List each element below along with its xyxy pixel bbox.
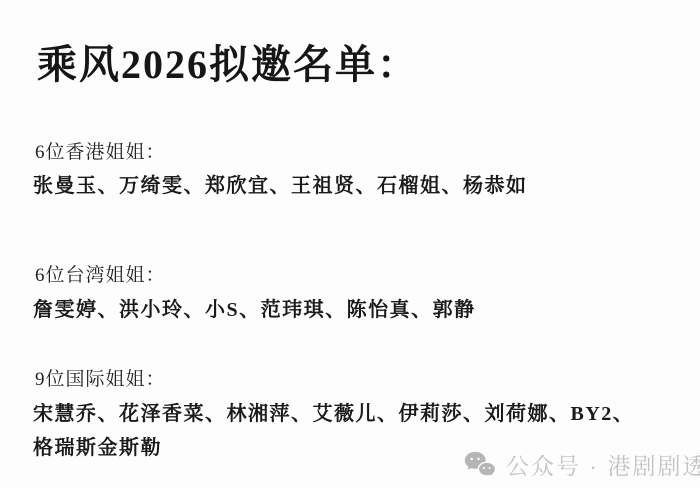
- document-page: 乘风2026拟邀名单： 6位香港姐姐： 张曼玉、万绮雯、郑欣宜、王祖贤、石榴姐、…: [0, 0, 700, 488]
- watermark: 公众号 · 港剧剧透社: [464, 448, 700, 481]
- section-international-label: 9位国际姐姐：: [35, 364, 166, 391]
- section-taiwan-names: 詹雯婷、洪小玲、小S、范玮琪、陈怡真、郭静: [33, 293, 476, 322]
- section-international-names-line1: 宋慧乔、花泽香菜、林湘萍、艾薇儿、伊莉莎、刘荷娜、BY2、: [33, 397, 634, 426]
- wechat-icon: [464, 451, 496, 478]
- section-hongkong-names: 张曼玉、万绮雯、郑欣宜、王祖贤、石榴姐、杨恭如: [33, 169, 528, 198]
- section-hongkong-label: 6位香港姐姐：: [35, 137, 166, 164]
- page-title: 乘风2026拟邀名单：: [37, 33, 419, 90]
- section-international-names-line2: 格瑞斯金斯勒: [33, 431, 162, 460]
- section-taiwan-label: 6位台湾姐姐：: [35, 260, 166, 287]
- watermark-text: 公众号 · 港剧剧透社: [506, 448, 700, 481]
